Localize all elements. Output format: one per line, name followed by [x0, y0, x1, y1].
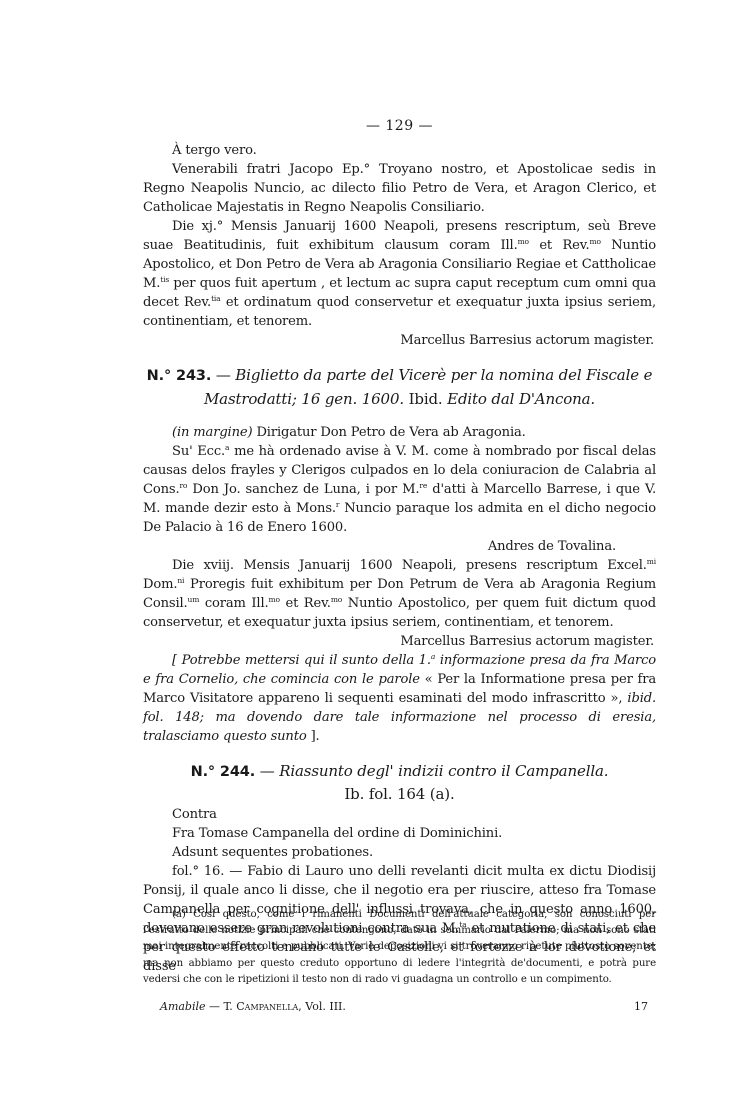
signature: Andres de Tovalina. [143, 537, 656, 556]
page-number: — 129 — [143, 118, 656, 134]
letter-paragraph: Su' Ecc.a me hà ordenado avise à V. M. c… [143, 442, 656, 537]
address-heading: À tergo vero. [143, 141, 656, 160]
text-line: Adsunt sequentes probationes. [143, 843, 656, 862]
exhibition-paragraph: Die xviij. Mensis Januarij 1600 Neapoli,… [143, 556, 656, 632]
signature: Marcellus Barresius actorum magister. [143, 632, 656, 651]
signature: Marcellus Barresius actorum magister. [143, 331, 656, 350]
main-text: À tergo vero. Venerabili fratri Jacopo E… [143, 141, 656, 976]
document-source: Ib. fol. 164 (a). [143, 784, 656, 805]
text-line: Contra [143, 805, 656, 824]
exhibition-paragraph: Die xj.° Mensis Januarij 1600 Neapoli, p… [143, 217, 656, 331]
margin-note: (in margine) Dirigatur Don Petro de Vera… [143, 423, 656, 442]
signature-mark: 17 [634, 1000, 648, 1014]
document-heading-244: N.° 244. — Riassunto degl' indizii contr… [143, 760, 656, 784]
footnote-text: (a) Così questo, come i rimanenti Docume… [143, 907, 656, 988]
editorial-note: [ Potrebbe mettersi qui il sunto della 1… [143, 651, 656, 746]
text-line: Fra Tomase Campanella del ordine di Domi… [143, 824, 656, 843]
footer-citation: Amabile — T. Campanella, Vol. III. [160, 1000, 346, 1014]
address-paragraph: Venerabili fratri Jacopo Ep.° Troyano no… [143, 160, 656, 217]
footnote: (a) Così questo, come i rimanenti Docume… [143, 907, 656, 988]
document-heading-243: N.° 243. — Biglietto da parte del Vicerè… [143, 364, 656, 411]
